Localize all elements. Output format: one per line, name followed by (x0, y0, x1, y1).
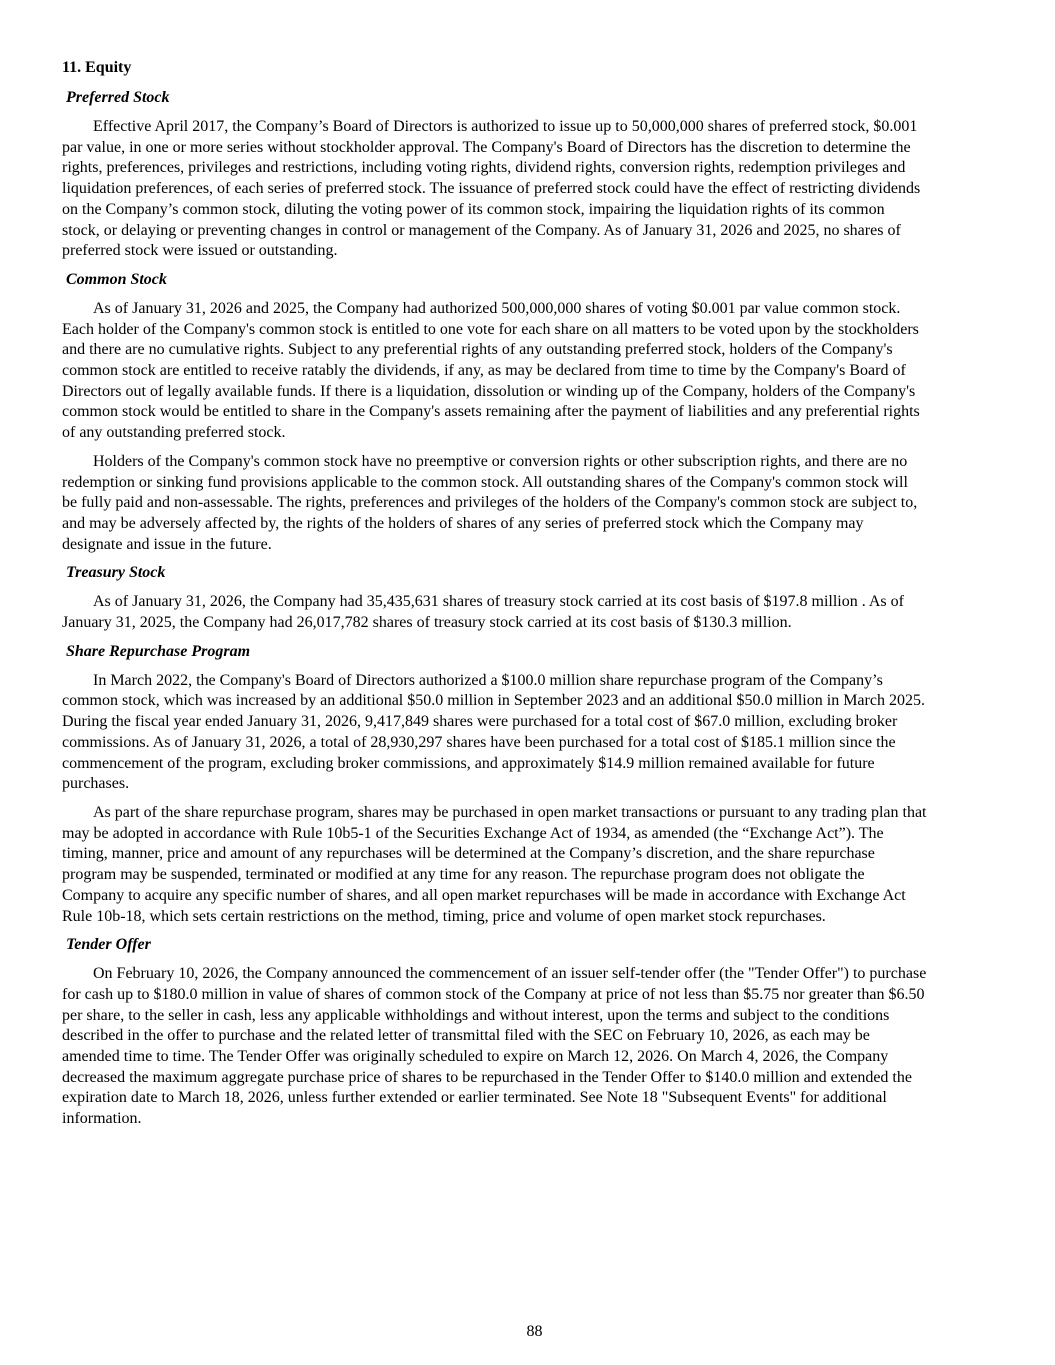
text-line: for cash up to $180.0 million in value o… (62, 985, 997, 1006)
text-line: on the Company’s common stock, diluting … (62, 200, 997, 221)
text-line: preferred stock were issued or outstandi… (62, 241, 997, 262)
text-line: During the fiscal year ended January 31,… (62, 712, 997, 733)
text-line: common stock, which was increased by an … (62, 691, 997, 712)
text-line: par value, in one or more series without… (62, 138, 997, 159)
text-line: amended time to time. The Tender Offer w… (62, 1047, 997, 1068)
text-line: On February 10, 2026, the Company announ… (62, 964, 997, 985)
text-line: As part of the share repurchase program,… (62, 803, 997, 824)
text-line: In March 2022, the Company's Board of Di… (62, 671, 997, 692)
text-line: commissions. As of January 31, 2026, a t… (62, 733, 997, 754)
text-line: be fully paid and non-assessable. The ri… (62, 493, 997, 514)
paragraph-share-repurchase-2: As part of the share repurchase program,… (62, 803, 997, 927)
text-line: Rule 10b-18, which sets certain restrict… (62, 907, 997, 928)
text-line: expiration date to March 18, 2026, unles… (62, 1088, 997, 1109)
page-number: 88 (0, 1322, 1055, 1342)
text-line: commencement of the program, excluding b… (62, 754, 997, 775)
heading-share-repurchase-program: Share Repurchase Program (66, 642, 997, 662)
text-line: designate and issue in the future. (62, 535, 997, 556)
heading-tender-offer: Tender Offer (66, 935, 997, 955)
text-line: stock, or delaying or preventing changes… (62, 221, 997, 242)
text-line: of any outstanding preferred stock. (62, 423, 997, 444)
text-line: and may be adversely affected by, the ri… (62, 514, 997, 535)
heading-common-stock: Common Stock (66, 270, 997, 290)
text-line: redemption or sinking fund provisions ap… (62, 473, 997, 494)
heading-treasury-stock: Treasury Stock (66, 563, 997, 583)
paragraph-treasury-stock: As of January 31, 2026, the Company had … (62, 592, 997, 633)
text-line: January 31, 2025, the Company had 26,017… (62, 613, 997, 634)
text-line: described in the offer to purchase and t… (62, 1026, 997, 1047)
text-line: Each holder of the Company's common stoc… (62, 320, 997, 341)
section-title: 11. Equity (62, 58, 997, 78)
document-page: 11. Equity Preferred Stock Effective Apr… (62, 58, 997, 1138)
text-line: may be adopted in accordance with Rule 1… (62, 824, 997, 845)
text-line: Company to acquire any specific number o… (62, 886, 997, 907)
text-line: and there are no cumulative rights. Subj… (62, 340, 997, 361)
heading-preferred-stock: Preferred Stock (66, 88, 997, 108)
text-line: timing, manner, price and amount of any … (62, 844, 997, 865)
paragraph-share-repurchase-1: In March 2022, the Company's Board of Di… (62, 671, 997, 795)
paragraph-common-stock-2: Holders of the Company's common stock ha… (62, 452, 997, 556)
text-line: rights, preferences, privileges and rest… (62, 158, 997, 179)
paragraph-common-stock-1: As of January 31, 2026 and 2025, the Com… (62, 299, 997, 444)
text-line: Holders of the Company's common stock ha… (62, 452, 997, 473)
text-line: As of January 31, 2026 and 2025, the Com… (62, 299, 997, 320)
text-line: common stock would be entitled to share … (62, 402, 997, 423)
text-line: per share, to the seller in cash, less a… (62, 1006, 997, 1027)
text-line: Directors out of legally available funds… (62, 382, 997, 403)
text-line: program may be suspended, terminated or … (62, 865, 997, 886)
text-line: Effective April 2017, the Company’s Boar… (62, 117, 997, 138)
text-line: liquidation preferences, of each series … (62, 179, 997, 200)
text-line: purchases. (62, 774, 997, 795)
text-line: As of January 31, 2026, the Company had … (62, 592, 997, 613)
text-line: decreased the maximum aggregate purchase… (62, 1068, 997, 1089)
text-line: common stock are entitled to receive rat… (62, 361, 997, 382)
text-line: information. (62, 1109, 997, 1130)
paragraph-preferred-stock: Effective April 2017, the Company’s Boar… (62, 117, 997, 262)
paragraph-tender-offer: On February 10, 2026, the Company announ… (62, 964, 997, 1130)
